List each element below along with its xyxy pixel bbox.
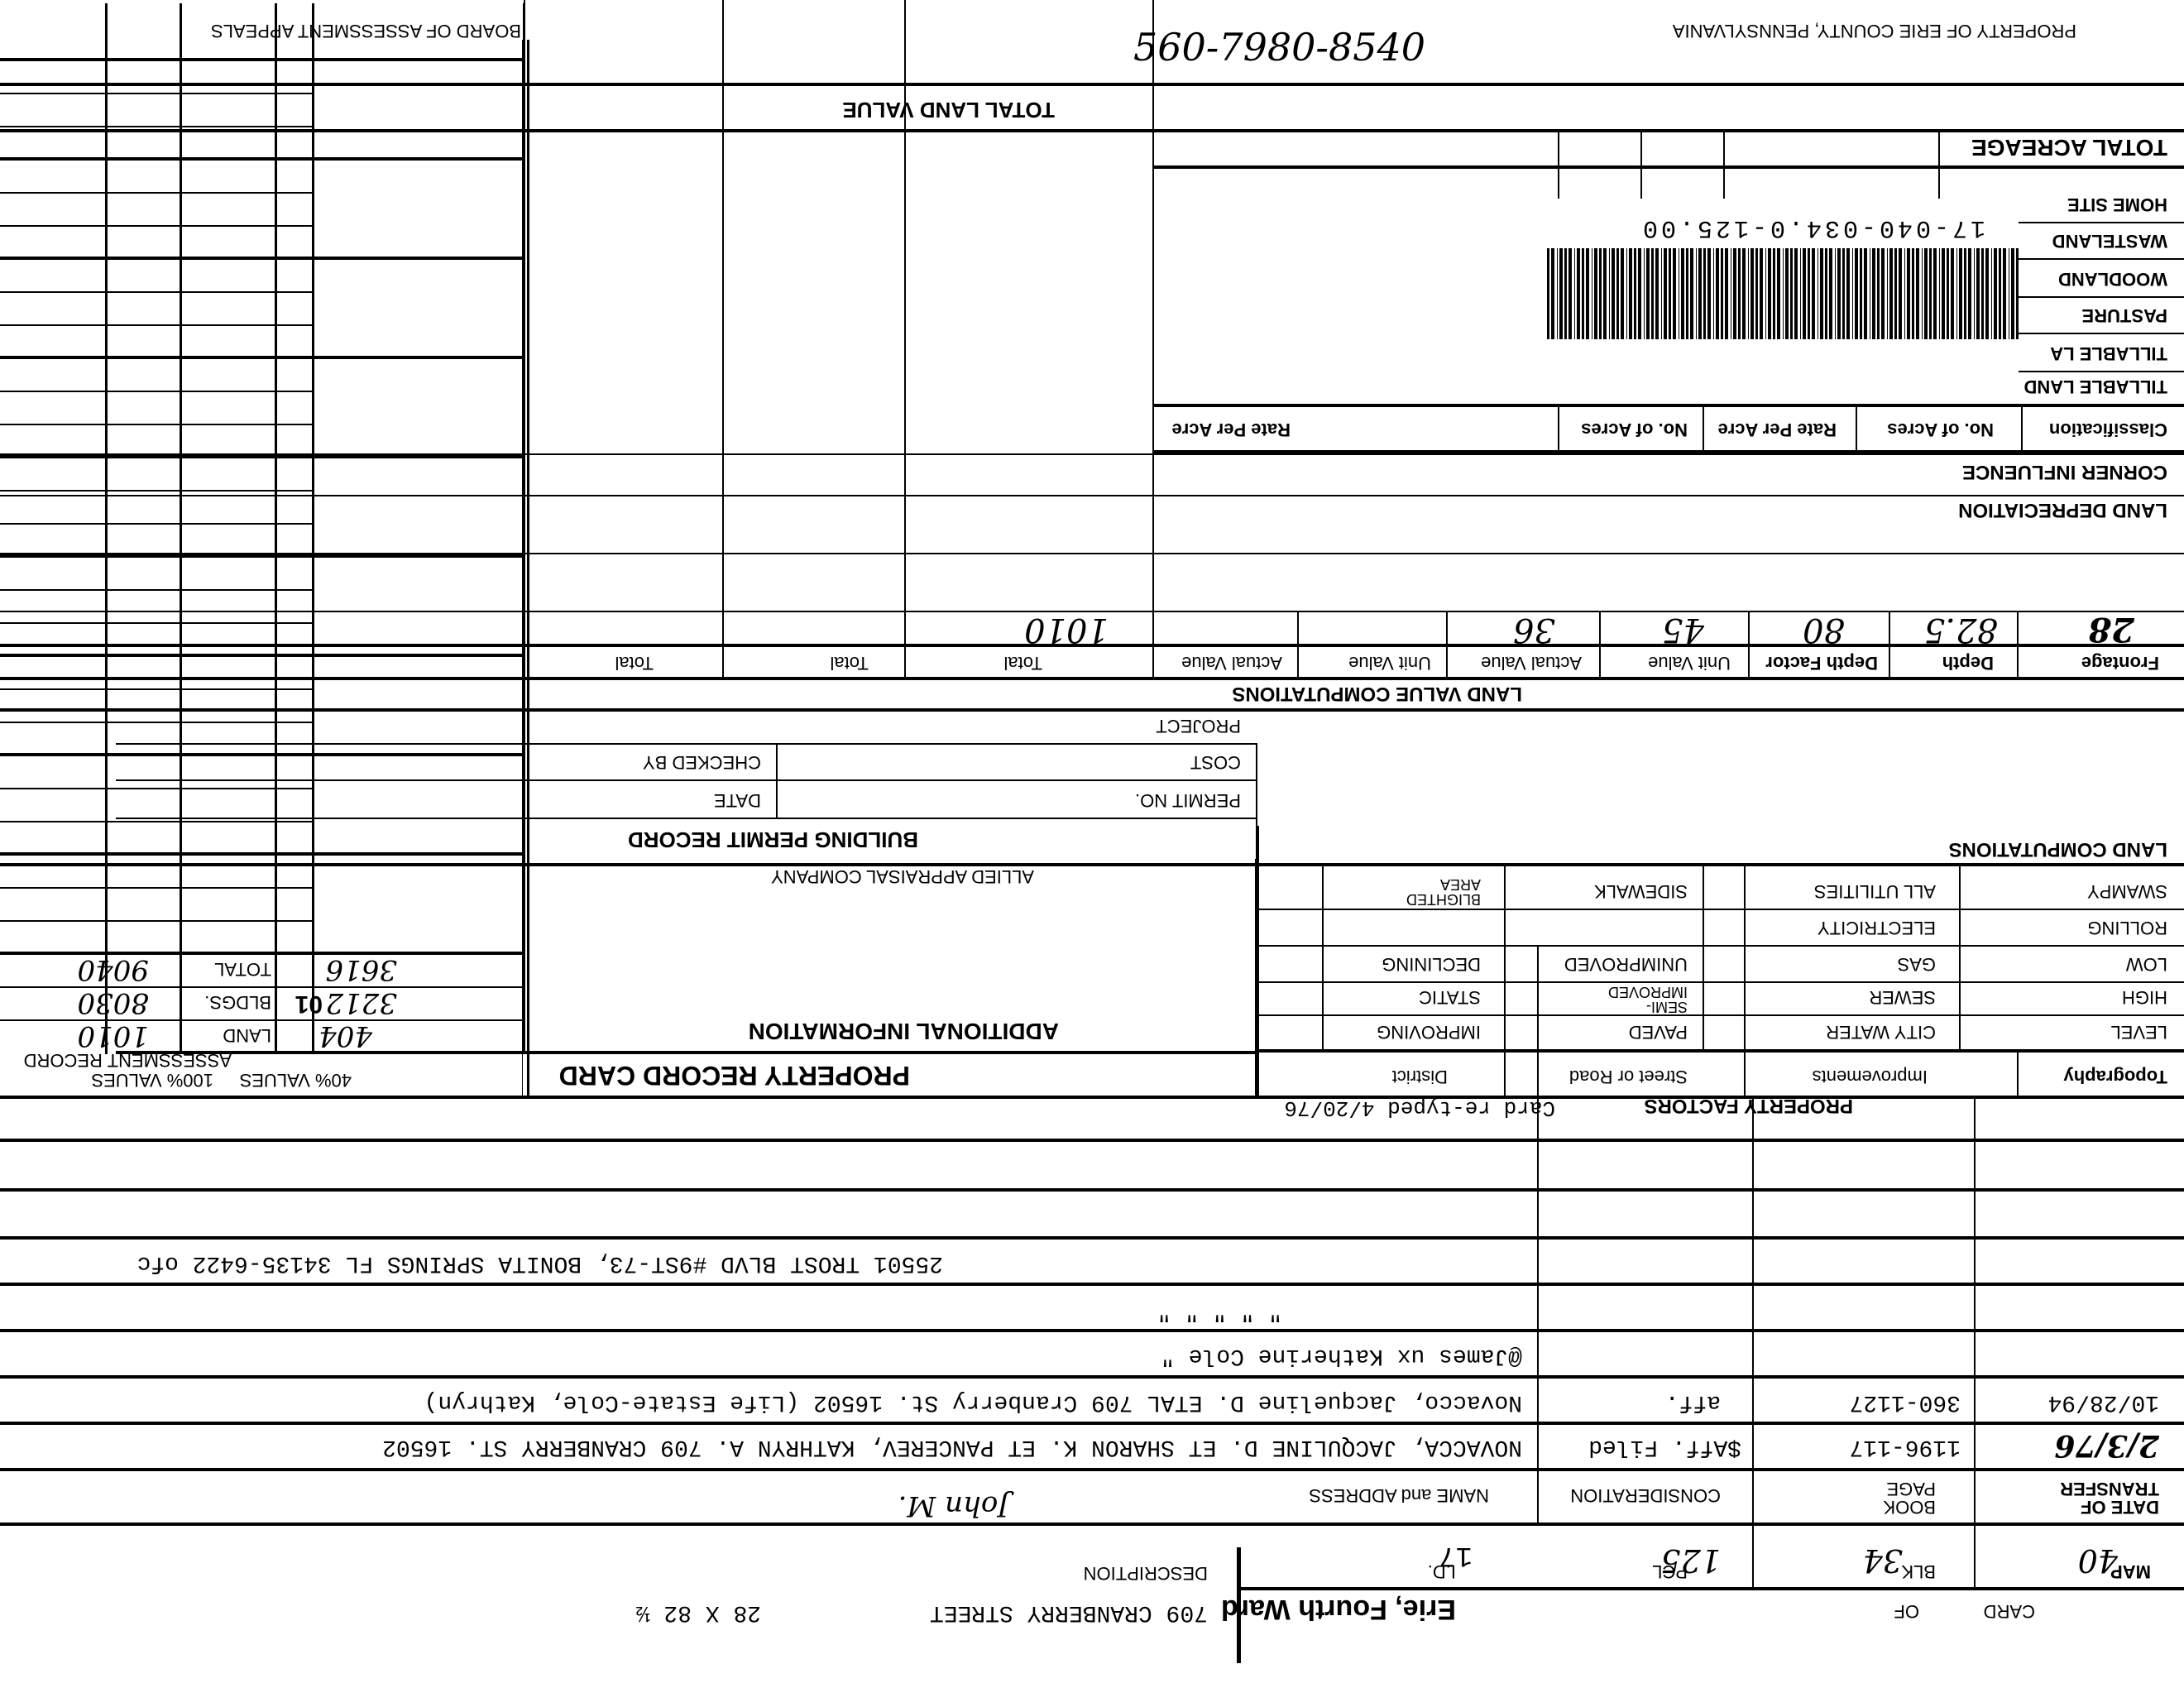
col-depth: Depth (1942, 652, 1994, 674)
col-improvements: Improvements (1813, 1066, 1928, 1087)
col-no-of-acres: No. of Acres (1887, 419, 1994, 440)
col-actual-value: Actual Value (1481, 652, 1582, 674)
col-rate-per-acre-2: Rate Per Acre (1172, 419, 1291, 440)
total-acreage-label: TOTAL ACREAGE (1971, 134, 2167, 161)
property-record-card: CARD OF Erie, Fourth Ward DESCRIPTION 70… (0, 0, 2184, 1688)
factor-swampy: SWAMPY (2087, 880, 2167, 902)
transfer-row: @James ux Katherine Cole " (1161, 1343, 1522, 1369)
ward-name: Erie, Fourth Ward (1221, 1593, 1456, 1625)
factor-unimproved: UNIMPROVED (1564, 953, 1688, 975)
col-no-of-acres-2: No. of Acres (1581, 419, 1688, 440)
total-land-value-label: TOTAL LAND VALUE (842, 97, 1055, 122)
lot-size: 28 X 82 ½ (636, 1599, 761, 1625)
pcl-value: 125 (1660, 1542, 1721, 1579)
land-depreciation-label: LAND DEPRECIATION (1958, 498, 2167, 521)
row-land: LAND (223, 1024, 271, 1046)
factor-declining: DECLINING (1382, 953, 1481, 975)
retyped-note: Card re-typed 4/20/76 (1284, 1096, 1555, 1120)
values-40-label: 40% VALUES (240, 1069, 352, 1091)
col-classification: Classification (2049, 419, 2167, 440)
col-actual-value-2: Actual Value (1181, 652, 1282, 674)
col-total-1: Total (1004, 652, 1042, 674)
land-40-value: 404 (318, 1019, 372, 1053)
land-100-value: 1010 (77, 1019, 149, 1053)
acreage-tillable-land: TILLABLE LAND (2024, 376, 2167, 397)
factor-electricity: ELECTRICITY (1818, 917, 1936, 938)
values-100-label: 100% VALUES (91, 1069, 213, 1091)
factor-static: STATIC (1419, 986, 1481, 1008)
permit-checked-by-label: CHECKED BY (643, 751, 761, 773)
factor-gas: GAS (1898, 953, 1936, 975)
transfer-row: " " " " " (1157, 1298, 1282, 1324)
factor-low: LOW (2126, 953, 2167, 975)
permit-project-label: PROJECT (1156, 715, 1241, 736)
col-rate-per-acre: Rate Per Acre (1718, 419, 1837, 440)
additional-info-title: ADDITIONAL INFORMATION (749, 1018, 1059, 1044)
factor-sewer: SEWER (1869, 986, 1936, 1008)
col-unit-value: Unit Value (1648, 652, 1731, 674)
col-total-2: Total (831, 652, 869, 674)
factor-high: HIGH (2122, 986, 2167, 1008)
acreage-tillable-la: TILLABLE LA (2050, 343, 2167, 364)
factor-blighted-area: BLIGHTED AREA (1382, 877, 1481, 907)
factor-improving: IMPROVING (1377, 1021, 1481, 1043)
col-district: District (1392, 1066, 1448, 1087)
transfer-row: 25501 TROST BLVD #9ST-73, BONITA SPRINGS… (136, 1250, 943, 1276)
permit-date-label: DATE (714, 789, 761, 811)
factor-semi-improved: SEMI-IMPROVED (1572, 985, 1688, 1014)
total-40-value: 3616 (325, 953, 397, 986)
factor-sidewalk: SIDEWALK (1594, 880, 1688, 902)
col-depth-factor: Depth Factor (1765, 652, 1878, 674)
transfer-annotation: John M. (898, 1489, 1009, 1523)
col-date-of-transfer: DATE OF TRANSFER (2010, 1479, 2159, 1516)
bldgs-100-value: 8030 (77, 986, 149, 1019)
blk-value: 34 (1863, 1542, 1903, 1579)
row-bldgs: BLDGS. (204, 991, 271, 1013)
card-title: PROPERTY RECORD CARD (559, 1060, 910, 1091)
col-street-road: Street or Road (1569, 1066, 1688, 1087)
col-book-page: BOOK PAGE (1870, 1479, 1936, 1516)
acreage-wasteland: WASTELAND (2052, 230, 2167, 252)
factor-all-utilities: ALL UTILITIES (1814, 880, 1936, 902)
of-label: OF (1894, 1600, 1919, 1622)
factor-city-water: CITY WATER (1826, 1021, 1936, 1043)
corner-influence-label: CORNER INFLUENCE (1962, 460, 2167, 483)
col-consideration: CONSIDERATION (1570, 1484, 1721, 1506)
land-value-computations-title: LAND VALUE COMPUTATIONS (1232, 682, 1522, 705)
total-100-value: 9040 (77, 953, 149, 986)
property-factors-title: PROPERTY FACTORS (1645, 1094, 1854, 1117)
id-value: 17 (1439, 1539, 1473, 1571)
building-permit-title: BUILDING PERMIT RECORD (628, 827, 918, 852)
factor-rolling: ROLLING (2087, 917, 2167, 938)
col-total-3: Total (615, 652, 654, 674)
description-label: DESCRIPTION (1084, 1562, 1208, 1584)
land-computations-title: LAND COMPUTATIONS (1949, 837, 2167, 861)
parcel-number: 17-040-034.0-125.00 (1640, 213, 1985, 242)
card-label: CARD (1984, 1600, 2035, 1622)
description-value: 709 CRANBERRY STREET (930, 1599, 1208, 1625)
permit-cost-label: COST (1190, 751, 1241, 773)
factor-paved: PAVED (1629, 1021, 1688, 1043)
blk-label: BLK (1901, 1561, 1936, 1582)
parcel-barcode (1547, 248, 2019, 339)
row-total: TOTAL (214, 958, 271, 980)
acreage-woodland: WOODLAND (2058, 268, 2167, 290)
permit-no-label: PERMIT NO. (1135, 789, 1241, 811)
col-name-address: NAME and ADDRESS (1309, 1484, 1489, 1506)
acreage-pasture: PASTURE (2082, 305, 2168, 326)
county-footer: PROPERTY OF ERIE COUNTY, PENNSYLVANIA (1673, 20, 2076, 41)
factor-level: LEVEL (2111, 1021, 2168, 1043)
board-footer: BOARD OF ASSESSMENT APPEALS (211, 20, 521, 41)
bldgs-40-value: 3212 (325, 986, 397, 1019)
col-topography: Topography (2064, 1066, 2167, 1087)
col-frontage: Frontage (2081, 652, 2159, 674)
year-mark: 01 (295, 990, 323, 1018)
col-unit-value-2: Unit Value (1348, 652, 1431, 674)
map-value: 40 (2078, 1542, 2118, 1579)
allied-appraisal-company: ALLIED APPRAISAL COMPANY (771, 866, 1034, 887)
acreage-home-site: HOME SITE (2067, 194, 2167, 215)
